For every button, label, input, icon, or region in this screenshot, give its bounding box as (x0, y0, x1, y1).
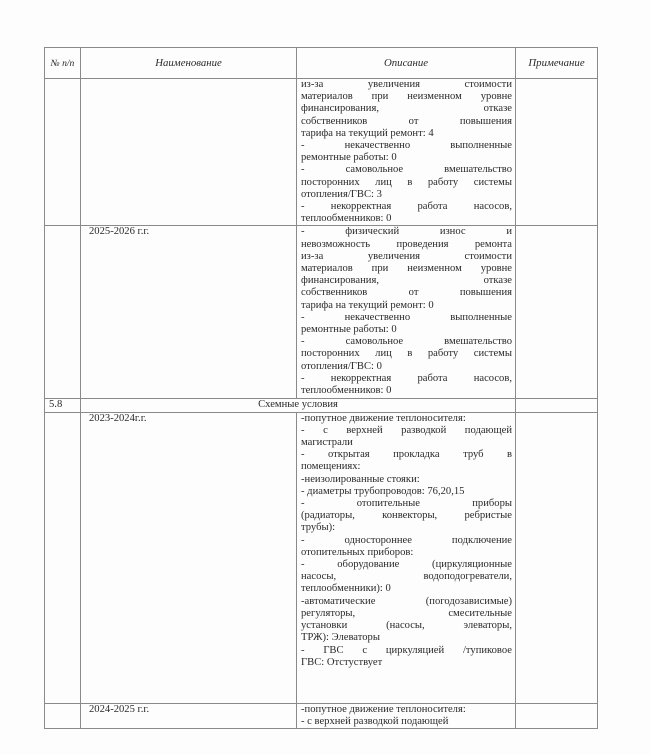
note-cell (516, 412, 598, 703)
description-line: ТРЖ): Элеваторы (301, 632, 512, 644)
header-name: Наименование (81, 48, 297, 79)
num-cell (45, 79, 81, 226)
num-cell (45, 703, 81, 728)
description-line: финансирования, отказе (301, 103, 512, 115)
description-line: тарифа на текущий ремонт: 0 (301, 300, 512, 312)
table-row: 2024-2025 г.г.-попутное движение теплоно… (45, 703, 598, 728)
description-line: трубы): (301, 522, 512, 534)
name-cell (81, 79, 297, 226)
description-line: из-за увеличения стоимости (301, 251, 512, 263)
num-cell (45, 412, 81, 703)
name-cell: 2025-2026 г.г. (81, 226, 297, 399)
description-line: - отопительные приборы (301, 498, 512, 510)
description-line: - некорректная работа насосов, (301, 373, 512, 385)
description-line: - некачественно выполненные (301, 140, 512, 152)
section-number: 5.8 (45, 399, 81, 412)
description-line: ГВС: Отстуствует (301, 657, 512, 669)
description-line: - ГВС с циркуляцией /тупиковое (301, 645, 512, 657)
section-title: Схемные условия (81, 399, 516, 412)
description-cell: - физический износ иневозможность провед… (297, 226, 516, 399)
note-cell (516, 79, 598, 226)
description-line: финансирования, отказе (301, 275, 512, 287)
table-row: 2023-2024г.г.-попутное движение теплонос… (45, 412, 598, 703)
description-cell: из-за увеличения стоимостиматериалов при… (297, 79, 516, 226)
description-line: -автоматические (погодозависимые) (301, 596, 512, 608)
description-line: - диаметры трубопроводов: 76,20,15 (301, 486, 512, 498)
description-line: тарифа на текущий ремонт: 4 (301, 128, 512, 140)
description-line: - оборудование (циркуляционные (301, 559, 512, 571)
note-cell (516, 399, 598, 412)
header-note: Примечание (516, 48, 598, 79)
description-line: -неизолированные стояки: (301, 474, 512, 486)
description-line: - некачественно выполненные (301, 312, 512, 324)
description-line: -попутное движение теплоносителя: (301, 413, 512, 425)
section-row: 5.8Схемные условия (45, 399, 598, 412)
description-line: ремонтные работы: 0 (301, 152, 512, 164)
description-cell: -попутное движение теплоносителя:- с вер… (297, 412, 516, 703)
name-cell: 2023-2024г.г. (81, 412, 297, 703)
description-line: - открытая прокладка труб в (301, 449, 512, 461)
header-description: Описание (297, 48, 516, 79)
description-line: собственников от повышения (301, 287, 512, 299)
description-line: теплообменников: 0 (301, 385, 512, 397)
description-line: отопления/ГВС: 3 (301, 189, 512, 201)
description-line: помещениях: (301, 461, 512, 473)
note-cell (516, 703, 598, 728)
description-line: материалов при неизменном уровне (301, 91, 512, 103)
description-line: - одностороннее подключение (301, 535, 512, 547)
description-line: посторонних лиц в работу системы (301, 177, 512, 189)
description-line: - физический износ и (301, 226, 512, 238)
description-line: (радиаторы, конвекторы, ребристые (301, 510, 512, 522)
description-line: -попутное движение теплоносителя: (301, 704, 512, 716)
note-cell (516, 226, 598, 399)
description-line: магистрали (301, 437, 512, 449)
description-line: - самовольное вмешательство (301, 336, 512, 348)
name-cell: 2024-2025 г.г. (81, 703, 297, 728)
description-line: теплообменников: 0 (301, 213, 512, 225)
description-line: отопительных приборов: (301, 547, 512, 559)
description-line: регуляторы, смесительные (301, 608, 512, 620)
description-cell: -попутное движение теплоносителя:- с вер… (297, 703, 516, 728)
table-header-row: № п/п Наименование Описание Примечание (45, 48, 598, 79)
num-cell (45, 226, 81, 399)
description-line: материалов при неизменном уровне (301, 263, 512, 275)
conditions-table: № п/п Наименование Описание Примечание и… (44, 47, 598, 729)
table-row: из-за увеличения стоимостиматериалов при… (45, 79, 598, 226)
table-row: 2025-2026 г.г.- физический износ иневозм… (45, 226, 598, 399)
description-line: - самовольное вмешательство (301, 164, 512, 176)
description-line: из-за увеличения стоимости (301, 79, 512, 91)
description-line: насосы, водоподогреватели, (301, 571, 512, 583)
description-line: ремонтные работы: 0 (301, 324, 512, 336)
description-line: - с верхней разводкой подающей (301, 425, 512, 437)
description-line: отопления/ГВС: 0 (301, 361, 512, 373)
description-line: - с верхней разводкой подающей (301, 716, 512, 728)
description-line: установки (насосы, элеваторы, (301, 620, 512, 632)
description-line: посторонних лиц в работу системы (301, 348, 512, 360)
description-line: - некорректная работа насосов, (301, 201, 512, 213)
header-num: № п/п (45, 48, 81, 79)
description-line: теплообменники): 0 (301, 583, 512, 595)
description-line: собственников от повышения (301, 116, 512, 128)
description-line: невозможность проведения ремонта (301, 239, 512, 251)
